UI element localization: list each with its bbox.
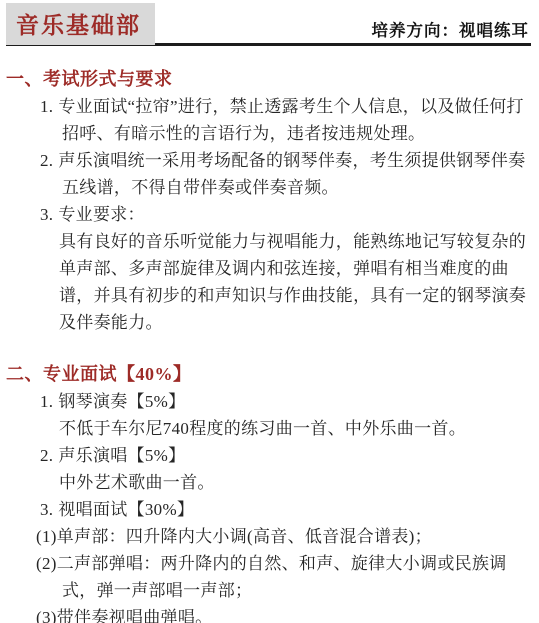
item-detail: 具有良好的音乐听觉能力与视唱能力，能熟练地记写较复杂的单声部、多声部旋律及调内和… bbox=[6, 228, 531, 336]
item-detail: 不低于车尔尼740程度的练习曲一首、中外乐曲一首。 bbox=[6, 415, 531, 442]
item-text: 声乐演唱【5%】 bbox=[58, 446, 185, 465]
item-number: 1. bbox=[40, 392, 53, 411]
item-number: 2. bbox=[40, 151, 53, 170]
item-text: 钢琴演奏【5%】 bbox=[58, 392, 185, 411]
section-heading: 二、专业面试【40%】 bbox=[6, 360, 531, 388]
document-page: 音乐基础部 培养方向：视唱练耳 一、考试形式与要求 1.专业面试“拉帘”进行，禁… bbox=[0, 0, 539, 623]
list-item: 2.声乐演唱统一采用考场配备的钢琴伴奏，考生须提供钢琴伴奏五线谱，不得自带伴奏或… bbox=[6, 147, 531, 201]
section-body: 1.钢琴演奏【5%】 不低于车尔尼740程度的练习曲一首、中外乐曲一首。 2.声… bbox=[6, 388, 531, 623]
item-text: 声乐演唱统一采用考场配备的钢琴伴奏，考生须提供钢琴伴奏五线谱，不得自带伴奏或伴奏… bbox=[58, 151, 525, 197]
section-professional-interview: 二、专业面试【40%】 1.钢琴演奏【5%】 不低于车尔尼740程度的练习曲一首… bbox=[6, 360, 531, 623]
list-item: 3.视唱面试【30%】 bbox=[6, 496, 531, 523]
item-detail: 中外艺术歌曲一首。 bbox=[6, 469, 531, 496]
document-header: 音乐基础部 培养方向：视唱练耳 bbox=[6, 3, 531, 43]
sub-list-item: (1)单声部：四升降内大小调(高音、低音混合谱表)； bbox=[6, 523, 531, 550]
section-exam-format: 一、考试形式与要求 1.专业面试“拉帘”进行，禁止透露考生个人信息，以及做任何打… bbox=[6, 65, 531, 336]
item-number: 3. bbox=[40, 500, 53, 519]
item-text: 专业要求： bbox=[58, 205, 145, 224]
item-number: 2. bbox=[40, 446, 53, 465]
list-item: 1.钢琴演奏【5%】 bbox=[6, 388, 531, 415]
section-body: 1.专业面试“拉帘”进行，禁止透露考生个人信息，以及做任何打招呼、有暗示性的言语… bbox=[6, 93, 531, 336]
item-text: 视唱面试【30%】 bbox=[58, 500, 194, 519]
training-direction-label: 培养方向：视唱练耳 bbox=[372, 17, 530, 41]
list-item: 1.专业面试“拉帘”进行，禁止透露考生个人信息，以及做任何打招呼、有暗示性的言语… bbox=[6, 93, 531, 147]
list-item: 2.声乐演唱【5%】 bbox=[6, 442, 531, 469]
department-title-box: 音乐基础部 bbox=[6, 3, 155, 45]
item-number: 1. bbox=[40, 97, 53, 116]
page-title: 音乐基础部 bbox=[16, 13, 141, 38]
section-heading: 一、考试形式与要求 bbox=[6, 65, 531, 93]
list-item: 3.专业要求： bbox=[6, 201, 531, 228]
sub-list-item: (3)带伴奏视唱曲弹唱。 bbox=[6, 604, 531, 623]
item-text: 专业面试“拉帘”进行，禁止透露考生个人信息，以及做任何打招呼、有暗示性的言语行为… bbox=[58, 97, 524, 143]
sub-list-item: (2)二声部弹唱：两升降内的自然、和声、旋律大小调或民族调式，弹一声部唱一声部； bbox=[6, 550, 531, 604]
item-number: 3. bbox=[40, 205, 53, 224]
